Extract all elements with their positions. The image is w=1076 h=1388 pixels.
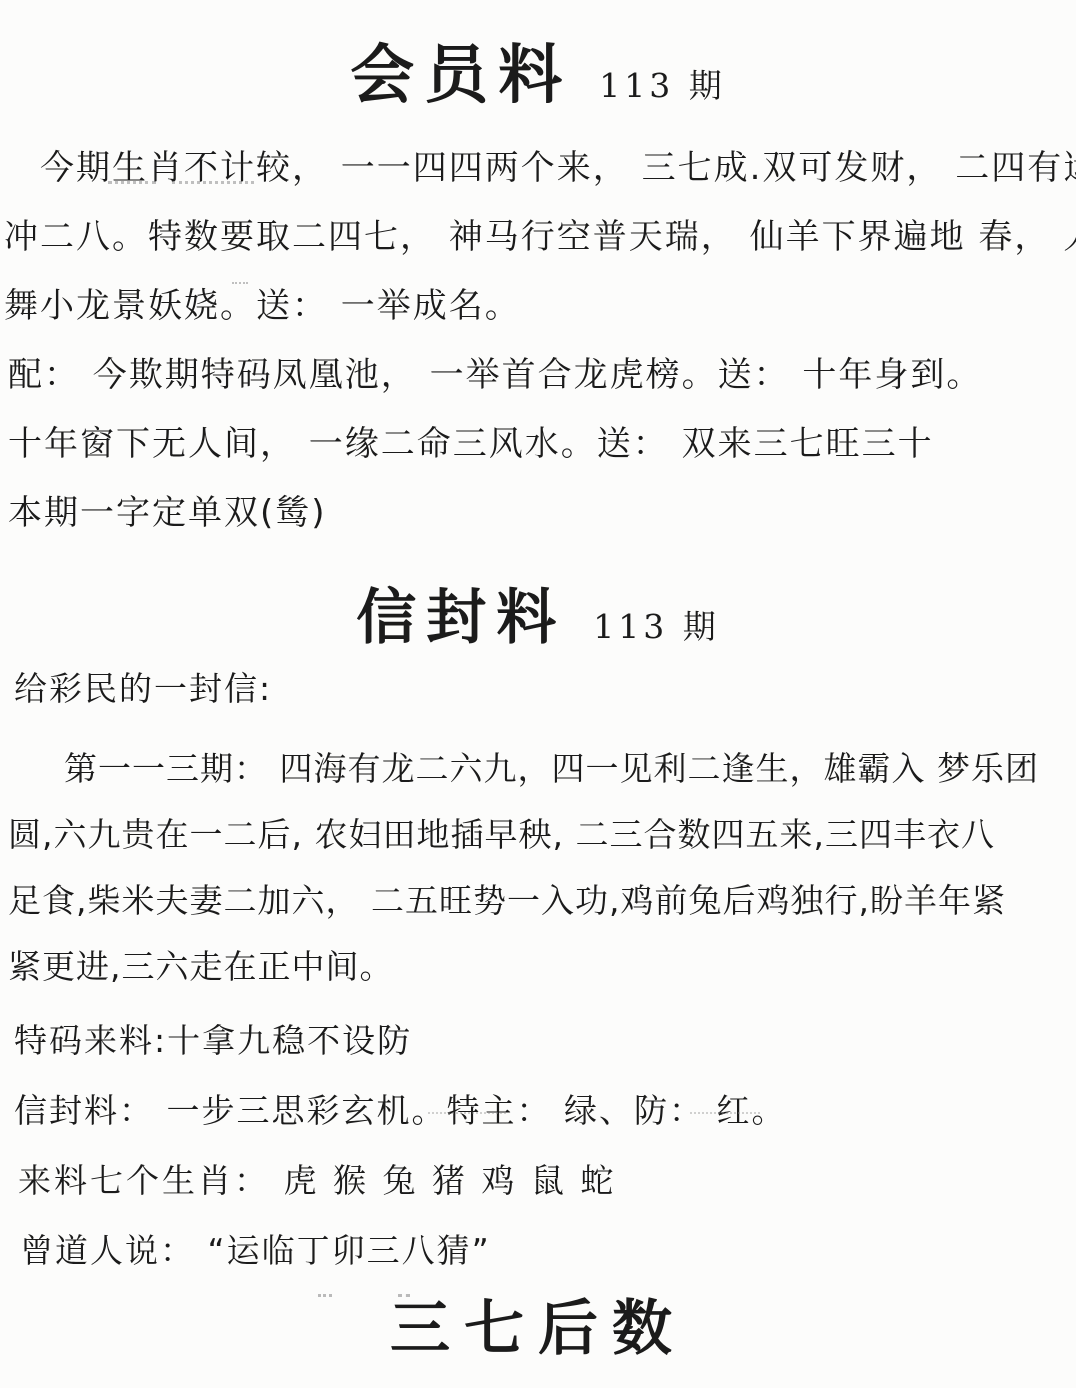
scan-artifact: [318, 1294, 332, 1297]
letter-line: 第一一三期： 四海有龙二六九，四一见利二逢生，雄霸入 梦乐团: [0, 736, 1076, 802]
envelope-tip-line: 信封料： 一步三思彩玄机。特主： 绿、防： 红。: [0, 1076, 1076, 1146]
special-code-line: 特码来料:十拿九稳不设防: [0, 1006, 1076, 1076]
zodiac-line: 来料七个生肖： 虎 猴 兔 猪 鸡 鼠 蛇: [0, 1146, 1076, 1216]
envelope-section-title: 信封料: [356, 588, 566, 648]
envelope-tips: 特码来料:十拿九稳不设防 信封料： 一步三思彩玄机。特主： 绿、防： 红。 来料…: [0, 1006, 1076, 1286]
scan-artifact: [172, 181, 254, 184]
envelope-section-header: 信封料 113 期: [0, 548, 1076, 648]
scan-artifact: [232, 282, 248, 284]
member-line: 本期一字定单双(鸶): [0, 479, 1076, 548]
member-line: 舞小龙景妖娆。送： 一举成名。: [0, 272, 1076, 341]
member-issue-number: 113 期: [599, 69, 725, 102]
member-line: 冲二八。特数要取二四七， 神马行空普天瑞， 仙羊下界遍地 春， 人: [0, 203, 1076, 272]
member-section-body: 今期生肖不计较， 一一四四两个来， 三七成.双可发财， 二四有运 冲二八。特数要…: [0, 134, 1076, 548]
letter-line: 圆,六九贵在一二后, 农妇田地插早秧, 二三合数四五来,三四丰衣八: [0, 802, 1076, 868]
letter-line: 足食,柴米夫妻二加六， 二五旺势一入功,鸡前兔后鸡独行,盼羊年紧: [0, 868, 1076, 934]
member-line: 十年窗下无人间， 一缘二命三风水。送： 双来三七旺三十: [0, 410, 1076, 479]
letter-line: 紧更进,三六走在正中间。: [0, 934, 1076, 1000]
member-line: 配： 今欺期特码凤凰池， 一举首合龙虎榜。送： 十年身到。: [0, 341, 1076, 410]
letter-intro: 给彩民的一封信:: [0, 664, 1076, 714]
document-page: 会员料 113 期 今期生肖不计较， 一一四四两个来， 三七成.双可发财， 二四…: [0, 0, 1076, 1388]
member-section-header: 会员料 113 期: [0, 0, 1076, 108]
footer-title: 三七后数: [0, 1290, 1076, 1368]
scan-artifact: [108, 181, 156, 184]
scan-artifact: [428, 1112, 506, 1114]
quote-line: 曾道人说： “运临丁卯三八猜”: [0, 1216, 1076, 1286]
member-line: 今期生肖不计较， 一一四四两个来， 三七成.双可发财， 二四有运: [0, 134, 1076, 203]
letter-body: 第一一三期： 四海有龙二六九，四一见利二逢生，雄霸入 梦乐团 圆,六九贵在一二后…: [0, 736, 1076, 1000]
envelope-issue-number: 113 期: [593, 610, 719, 643]
scan-artifact: [398, 1294, 410, 1297]
scan-artifact: [690, 1112, 760, 1114]
member-section-title: 会员料: [350, 44, 572, 108]
